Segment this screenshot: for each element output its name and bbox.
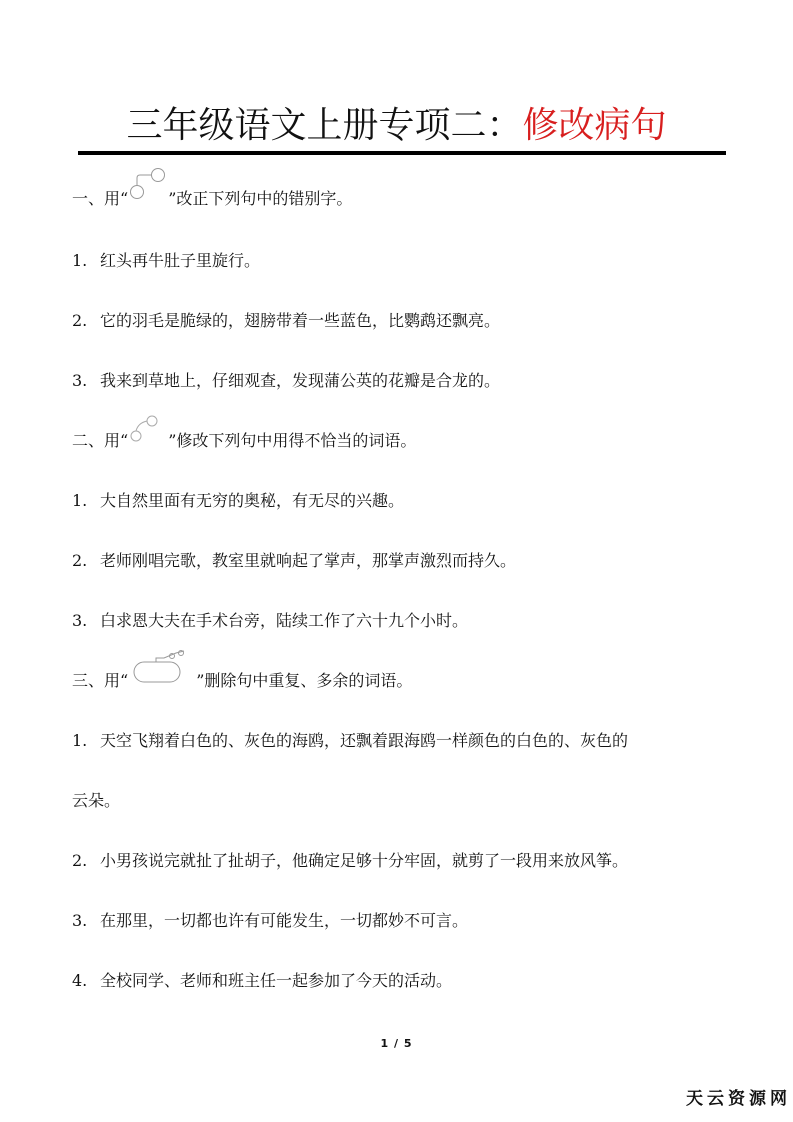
title-main: 三年级语文上册专项二： xyxy=(126,105,522,146)
delete-mark-icon xyxy=(128,670,196,686)
title-accent: 修改病句 xyxy=(523,105,667,146)
list-item: 3.我来到草地上，仔细观查，发现蒲公英的花瓣是合龙的。 xyxy=(72,370,500,392)
page-number: 1 / 5 xyxy=(0,1037,793,1050)
replace-mark-icon xyxy=(128,430,168,446)
page-title: 三年级语文上册专项二：修改病句 xyxy=(0,100,793,152)
title-divider xyxy=(78,151,726,155)
list-item: 2.小男孩说完就扯了扯胡子，他确定足够十分牢固，就剪了一段用来放风筝。 xyxy=(72,850,628,872)
list-item: 1.大自然里面有无穷的奥秘，有无尽的兴趣。 xyxy=(72,490,404,512)
list-item: 2.它的羽毛是脆绿的，翅膀带着一些蓝色，比鹦鹉还飘亮。 xyxy=(72,310,500,332)
list-item: 3.在那里，一切都也许有可能发生，一切都妙不可言。 xyxy=(72,910,468,932)
list-item: 4.全校同学、老师和班主任一起参加了今天的活动。 xyxy=(72,970,452,992)
watermark: 天云资源网 xyxy=(686,1084,791,1109)
correction-mark-icon xyxy=(128,188,168,204)
section-heading-3: 三、用“”删除句中重复、多余的词语。 xyxy=(72,670,412,692)
list-item: 3.白求恩大夫在手术台旁，陆续工作了六十九个小时。 xyxy=(72,610,468,632)
section-heading-1: 一、用“”改正下列句中的错别字。 xyxy=(72,188,352,210)
section-heading-2: 二、用“”修改下列句中用得不恰当的词语。 xyxy=(72,430,416,452)
list-item: 1.红头再牛肚子里旋行。 xyxy=(72,250,260,272)
list-item: 2.老师刚唱完歌，教室里就响起了掌声，那掌声激烈而持久。 xyxy=(72,550,516,572)
list-item-continuation: 云朵。 xyxy=(72,790,120,812)
list-item: 1.天空飞翔着白色的、灰色的海鸥，还飘着跟海鸥一样颜色的白色的、灰色的 xyxy=(72,730,628,752)
